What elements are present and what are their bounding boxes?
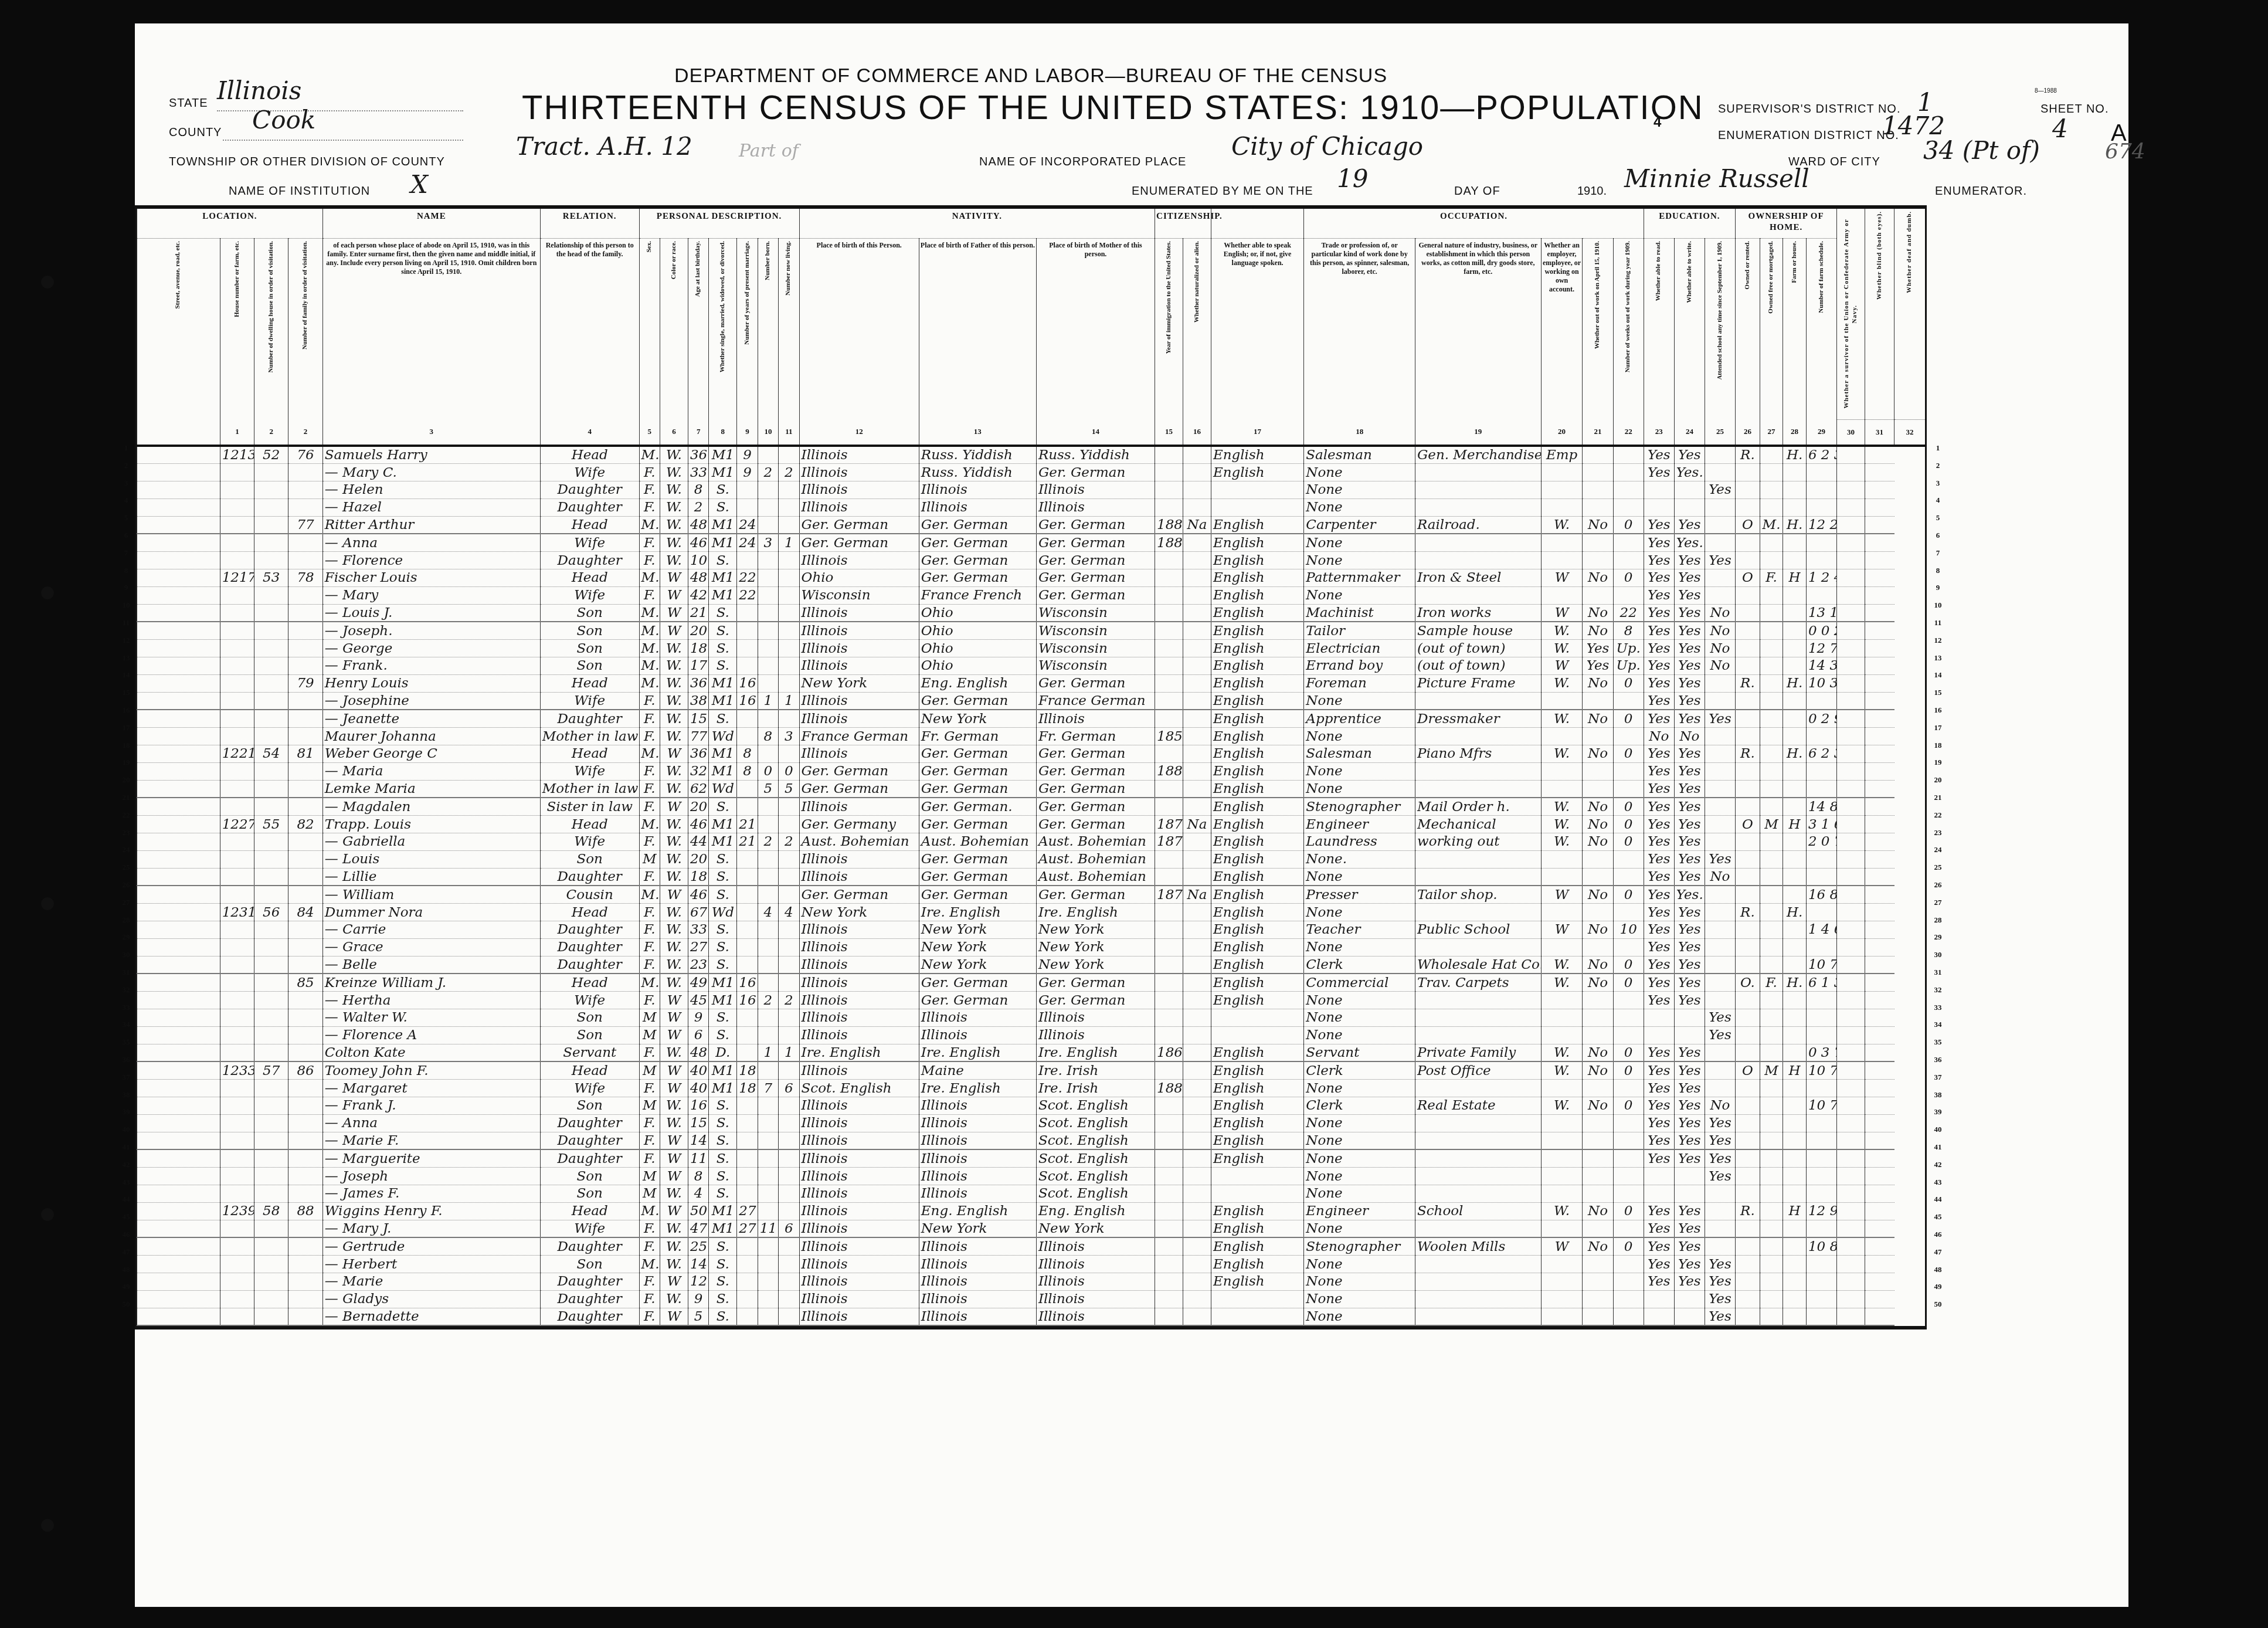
family-number-cell	[288, 481, 322, 499]
sex-cell: F.	[639, 710, 660, 727]
dwelling-number-cell: 55	[254, 816, 288, 833]
table-row: 79Henry LouisHeadM.W.36M116New YorkEng. …	[137, 674, 1926, 692]
deaf-cell	[1865, 1114, 1894, 1132]
relation-cell: Daughter	[540, 868, 639, 886]
dwelling-number-cell	[254, 622, 288, 639]
sex-cell: M	[639, 1061, 660, 1079]
header-deaf: Whether deaf and dumb.	[1894, 209, 1925, 419]
free-mortgaged-cell	[1760, 1185, 1783, 1202]
free-mortgaged-cell: M	[1760, 1061, 1783, 1079]
blind-cell	[1837, 1256, 1865, 1273]
out-of-work-cell	[1583, 446, 1613, 464]
blind-cell	[1837, 850, 1865, 868]
punch-hole	[41, 897, 54, 910]
marital-cell: S.	[709, 657, 737, 675]
birthplace-cell: Illinois	[799, 710, 919, 727]
family-number-cell	[288, 780, 322, 798]
deaf-cell	[1865, 586, 1894, 604]
relation-cell: Daughter	[540, 481, 639, 499]
birthplace-cell: Ger. German	[799, 534, 919, 551]
header-marital: Whether single, married, widowed, or div…	[709, 239, 737, 420]
schedule-code-cell	[1806, 552, 1836, 569]
naturalized-cell	[1183, 956, 1211, 974]
race-cell: W	[660, 1202, 688, 1220]
read-cell: Yes	[1644, 516, 1674, 534]
race-cell: W.	[660, 552, 688, 569]
sex-cell: M	[639, 850, 660, 868]
industry-cell	[1415, 992, 1541, 1009]
birthplace-cell: Illinois	[799, 868, 919, 886]
industry-cell: Piano Mfrs	[1415, 745, 1541, 763]
header-family-no: Number of family in order of visitation.	[288, 239, 322, 420]
line-number: 41	[117, 1142, 135, 1152]
blind-cell	[1837, 1168, 1865, 1185]
schedule-code-cell	[1806, 1290, 1836, 1308]
blind-cell	[1837, 446, 1865, 464]
years-married-cell	[737, 1237, 758, 1255]
dwelling-number-cell	[254, 1185, 288, 1202]
line-number: 26	[117, 880, 135, 890]
relation-cell: Head	[540, 904, 639, 921]
family-number-cell	[288, 604, 322, 622]
dwelling-number-cell	[254, 534, 288, 551]
dwelling-number-cell	[254, 850, 288, 868]
line-number: 44	[117, 1195, 135, 1204]
sex-cell: F.	[639, 534, 660, 551]
mother-birthplace-cell: Ire. Irish	[1036, 1061, 1155, 1079]
mother-birthplace-cell: Scot. English	[1036, 1185, 1155, 1202]
schedule-code-cell: 1 2 4 0	[1806, 569, 1836, 587]
children-living-cell	[779, 816, 799, 833]
schedule-code-cell	[1806, 1185, 1836, 1202]
father-birthplace-cell: Ire. English	[919, 904, 1036, 921]
name-cell: Toomey John F.	[322, 1061, 540, 1079]
weeks-out-cell: 0	[1613, 1202, 1644, 1220]
write-cell: Yes	[1674, 1220, 1705, 1237]
children-born-cell	[758, 1132, 778, 1149]
years-married-cell	[737, 886, 758, 903]
children-born-cell: 1	[758, 692, 778, 710]
out-of-work-cell: No	[1583, 1202, 1613, 1220]
name-cell: Fischer Louis	[322, 569, 540, 587]
birthplace-cell: Illinois	[799, 1009, 919, 1027]
schedule-code-cell	[1806, 498, 1836, 516]
children-living-cell	[779, 868, 799, 886]
employer-cell	[1541, 1256, 1583, 1273]
naturalized-cell	[1183, 833, 1211, 851]
header-weeks-out: Number of weeks out of work during year …	[1613, 239, 1644, 420]
trade-cell: None	[1304, 552, 1415, 569]
mother-birthplace-cell: Scot. English	[1036, 1132, 1155, 1149]
table-row: — BernadetteDaughterF.W5S.IllinoisIllino…	[137, 1308, 1926, 1325]
dwelling-number-cell	[254, 1026, 288, 1044]
mother-birthplace-cell: Illinois	[1036, 1273, 1155, 1290]
dwelling-number-cell	[254, 762, 288, 780]
immigration-year-cell	[1155, 1273, 1183, 1290]
farm-house-cell	[1783, 622, 1807, 639]
children-born-cell	[758, 481, 778, 499]
dwelling-number-cell	[254, 692, 288, 710]
deaf-cell	[1865, 1290, 1894, 1308]
schedule-code-cell	[1806, 868, 1836, 886]
children-living-cell	[779, 921, 799, 939]
free-mortgaged-cell	[1760, 1026, 1783, 1044]
blind-cell	[1837, 692, 1865, 710]
punch-hole	[41, 1519, 54, 1532]
street-cell	[137, 938, 220, 956]
table-row: — FlorenceDaughterF.W.10S.IllinoisGer. G…	[137, 552, 1926, 569]
employer-cell: W	[1541, 569, 1583, 587]
free-mortgaged-cell	[1760, 798, 1783, 815]
immigration-year-cell	[1155, 622, 1183, 639]
industry-cell: (out of town)	[1415, 657, 1541, 675]
industry-cell	[1415, 1256, 1541, 1273]
marital-cell: Wd	[709, 780, 737, 798]
line-number: 50	[1929, 1300, 1947, 1309]
blind-cell	[1837, 1185, 1865, 1202]
age-cell: 36	[688, 745, 708, 763]
trade-cell: Clerk	[1304, 1097, 1415, 1114]
name-cell: Lemke Maria	[322, 780, 540, 798]
weeks-out-cell	[1613, 464, 1644, 481]
children-living-cell: 6	[779, 1080, 799, 1097]
schedule-code-cell	[1806, 1080, 1836, 1097]
dwelling-number-cell	[254, 833, 288, 851]
owned-rented-cell	[1736, 657, 1760, 675]
street-cell	[137, 552, 220, 569]
years-married-cell: 24	[737, 534, 758, 551]
children-born-cell	[758, 1308, 778, 1325]
language-cell: English	[1211, 833, 1303, 851]
age-cell: 23	[688, 956, 708, 974]
race-cell: W.	[660, 728, 688, 745]
line-number: 8	[117, 566, 135, 575]
language-cell: English	[1211, 569, 1303, 587]
schedule-code-cell	[1806, 904, 1836, 921]
mother-birthplace-cell: France German	[1036, 692, 1155, 710]
age-cell: 17	[688, 657, 708, 675]
line-number: 1	[117, 443, 135, 453]
sex-cell: F.	[639, 762, 660, 780]
line-number: 18	[1929, 741, 1947, 750]
language-cell: English	[1211, 1220, 1303, 1237]
write-cell: Yes	[1674, 1044, 1705, 1061]
line-number: 29	[117, 932, 135, 942]
children-living-cell	[779, 745, 799, 763]
family-number-cell	[288, 692, 322, 710]
census-table: LOCATION. NAME RELATION. PERSONAL DESCRI…	[135, 205, 1927, 1329]
deaf-cell	[1865, 1256, 1894, 1273]
department-title: DEPARTMENT OF COMMERCE AND LABOR—BUREAU …	[674, 65, 1387, 87]
header-street: Street, avenue, road, etc.	[137, 239, 220, 420]
birthplace-cell: Illinois	[799, 481, 919, 499]
mother-birthplace-cell: Ire. Irish	[1036, 1080, 1155, 1097]
deaf-cell	[1865, 569, 1894, 587]
years-married-cell: 21	[737, 816, 758, 833]
race-cell: W.	[660, 833, 688, 851]
deaf-cell	[1865, 921, 1894, 939]
name-cell: — Bernadette	[322, 1308, 540, 1325]
read-cell: Yes	[1644, 464, 1674, 481]
free-mortgaged-cell	[1760, 992, 1783, 1009]
school-cell: Yes	[1705, 1132, 1735, 1149]
owned-rented-cell	[1736, 798, 1760, 815]
table-row: — CarrieDaughterF.W.33S.IllinoisNew York…	[137, 921, 1926, 939]
employer-cell	[1541, 1132, 1583, 1149]
header-veteran: Whether a survivor of the Union or Confe…	[1837, 209, 1865, 419]
table-row: — BelleDaughterF.W.23S.IllinoisNew YorkN…	[137, 956, 1926, 974]
dwelling-number-cell	[254, 1097, 288, 1114]
father-birthplace-cell: Ger. German	[919, 886, 1036, 903]
street-cell	[137, 1080, 220, 1097]
out-of-work-cell	[1583, 1185, 1613, 1202]
free-mortgaged-cell	[1760, 1308, 1783, 1325]
line-number: 43	[1929, 1178, 1947, 1187]
read-cell: Yes	[1644, 1149, 1674, 1167]
family-number-cell	[288, 956, 322, 974]
children-born-cell	[758, 1009, 778, 1027]
school-cell: Yes	[1705, 1149, 1735, 1167]
school-cell	[1705, 1185, 1735, 1202]
line-number: 17	[117, 723, 135, 732]
family-number-cell	[288, 622, 322, 639]
race-cell: W.	[660, 481, 688, 499]
street-cell	[137, 1132, 220, 1149]
schedule-code-cell	[1806, 481, 1836, 499]
house-number-cell	[220, 886, 254, 903]
street-cell	[137, 1114, 220, 1132]
immigration-year-cell	[1155, 498, 1183, 516]
relation-cell: Daughter	[540, 710, 639, 727]
house-number-cell: 1233	[220, 1061, 254, 1079]
line-number: 42	[1929, 1160, 1947, 1169]
years-married-cell	[737, 1026, 758, 1044]
mother-birthplace-cell: Illinois	[1036, 498, 1155, 516]
county-line	[223, 140, 463, 141]
deaf-cell	[1865, 833, 1894, 851]
birthplace-cell: Illinois	[799, 1202, 919, 1220]
language-cell: English	[1211, 921, 1303, 939]
trade-cell: Salesman	[1304, 745, 1415, 763]
punch-hole	[41, 276, 54, 289]
out-of-work-cell: No	[1583, 816, 1613, 833]
school-cell: Yes	[1705, 1256, 1735, 1273]
farm-house-cell	[1783, 692, 1807, 710]
weeks-out-cell	[1613, 1273, 1644, 1290]
punch-hole	[41, 1208, 54, 1221]
industry-cell: Woolen Mills	[1415, 1237, 1541, 1255]
employer-cell: W.	[1541, 622, 1583, 639]
owned-rented-cell	[1736, 1185, 1760, 1202]
street-cell	[137, 886, 220, 903]
birthplace-cell: New York	[799, 674, 919, 692]
line-number: 10	[1929, 601, 1947, 610]
birthplace-cell: Illinois	[799, 798, 919, 815]
owned-rented-cell	[1736, 552, 1760, 569]
line-number: 32	[117, 985, 135, 995]
children-born-cell	[758, 1149, 778, 1167]
out-of-work-cell	[1583, 534, 1613, 551]
immigration-year-cell	[1155, 745, 1183, 763]
years-married-cell: 22	[737, 569, 758, 587]
birthplace-cell: Illinois	[799, 1061, 919, 1079]
farm-house-cell: H.	[1783, 674, 1807, 692]
race-cell: W	[660, 569, 688, 587]
sex-cell: F.	[639, 1149, 660, 1167]
sex-cell: F.	[639, 498, 660, 516]
table-row: — MarieDaughterF.W12S.IllinoisIllinoisIl…	[137, 1273, 1926, 1290]
header-age: Age at last birthday.	[688, 239, 708, 420]
school-cell: Yes	[1705, 710, 1735, 727]
blind-cell	[1837, 762, 1865, 780]
race-cell: W.	[660, 1097, 688, 1114]
industry-cell	[1415, 692, 1541, 710]
schedule-code-cell: 10 7 3 X	[1806, 956, 1836, 974]
naturalized-cell	[1183, 1097, 1211, 1114]
schedule-code-cell	[1806, 1026, 1836, 1044]
line-number: 33	[117, 1003, 135, 1012]
race-cell: W.	[660, 868, 688, 886]
years-married-cell	[737, 798, 758, 815]
language-cell: English	[1211, 1132, 1303, 1149]
immigration-year-cell	[1155, 904, 1183, 921]
name-cell: — Mary C.	[322, 464, 540, 481]
family-number-cell: 79	[288, 674, 322, 692]
birthplace-cell: Illinois	[799, 464, 919, 481]
father-birthplace-cell: Illinois	[919, 1168, 1036, 1185]
immigration-year-cell	[1155, 956, 1183, 974]
read-cell: Yes	[1644, 534, 1674, 551]
farm-house-cell	[1783, 604, 1807, 622]
deaf-cell	[1865, 1185, 1894, 1202]
language-cell	[1211, 1009, 1303, 1027]
naturalized-cell	[1183, 798, 1211, 815]
employer-cell: W.	[1541, 640, 1583, 657]
weeks-out-cell	[1613, 1009, 1644, 1027]
blind-cell	[1837, 552, 1865, 569]
employer-cell	[1541, 692, 1583, 710]
street-cell	[137, 868, 220, 886]
naturalized-cell	[1183, 1026, 1211, 1044]
name-cell: — Gladys	[322, 1290, 540, 1308]
relation-cell: Son	[540, 1009, 639, 1027]
line-number: 41	[1929, 1142, 1947, 1152]
sex-cell: M.	[639, 1202, 660, 1220]
line-number: 33	[1929, 1003, 1947, 1012]
marital-cell: S.	[709, 498, 737, 516]
free-mortgaged-cell	[1760, 1009, 1783, 1027]
deaf-cell	[1865, 850, 1894, 868]
owned-rented-cell	[1736, 534, 1760, 551]
weeks-out-cell: 0	[1613, 569, 1644, 587]
industry-cell	[1415, 552, 1541, 569]
house-number-cell	[220, 1168, 254, 1185]
group-occupation: OCCUPATION.	[1304, 209, 1644, 239]
school-cell	[1705, 674, 1735, 692]
employer-cell	[1541, 534, 1583, 551]
naturalized-cell	[1183, 868, 1211, 886]
header-farm-schedule: Number of farm schedule.	[1806, 239, 1836, 420]
mother-birthplace-cell: Scot. English	[1036, 1114, 1155, 1132]
write-cell: Yes	[1674, 868, 1705, 886]
street-cell	[137, 904, 220, 921]
dwelling-number-cell	[254, 780, 288, 798]
read-cell: Yes	[1644, 622, 1674, 639]
relation-cell: Daughter	[540, 552, 639, 569]
dwelling-number-cell	[254, 974, 288, 991]
family-number-cell	[288, 1097, 322, 1114]
mother-birthplace-cell: Scot. English	[1036, 1168, 1155, 1185]
house-number-cell	[220, 710, 254, 727]
trade-cell: Laundress	[1304, 833, 1415, 851]
industry-cell	[1415, 1290, 1541, 1308]
name-cell: — Florence A	[322, 1026, 540, 1044]
language-cell: English	[1211, 1044, 1303, 1061]
free-mortgaged-cell	[1760, 604, 1783, 622]
out-of-work-cell	[1583, 938, 1613, 956]
mother-birthplace-cell: Ger. German	[1036, 780, 1155, 798]
read-cell: Yes	[1644, 921, 1674, 939]
birthplace-cell: Illinois	[799, 1256, 919, 1273]
school-cell	[1705, 1220, 1735, 1237]
family-number-cell	[288, 1149, 322, 1167]
deaf-cell	[1865, 1273, 1894, 1290]
farm-house-cell	[1783, 1290, 1807, 1308]
father-birthplace-cell: Ger. German	[919, 992, 1036, 1009]
schedule-code-cell: 6 1 3 X	[1806, 974, 1836, 991]
immigration-year-cell	[1155, 604, 1183, 622]
weeks-out-cell: 0	[1613, 798, 1644, 815]
industry-cell	[1415, 1185, 1541, 1202]
schedule-code-cell: 0 0 2 2	[1806, 622, 1836, 639]
trade-cell: None	[1304, 464, 1415, 481]
line-number: 27	[1929, 898, 1947, 907]
farm-house-cell	[1783, 1114, 1807, 1132]
line-number: 34	[117, 1020, 135, 1029]
sex-cell: F.	[639, 992, 660, 1009]
farm-house-cell	[1783, 762, 1807, 780]
dwelling-number-cell	[254, 604, 288, 622]
owned-rented-cell: O	[1736, 816, 1760, 833]
table-row: — James F.SonMW.4S.IllinoisIllinoisScot.…	[137, 1185, 1926, 1202]
street-cell	[137, 446, 220, 464]
employer-cell	[1541, 1308, 1583, 1325]
house-number-cell	[220, 1097, 254, 1114]
birthplace-cell: Illinois	[799, 921, 919, 939]
write-cell: Yes.	[1674, 534, 1705, 551]
table-row: — Mary J.WifeF.W.47M127116IllinoisNew Yo…	[137, 1220, 1926, 1237]
line-number: 48	[1929, 1265, 1947, 1274]
farm-house-cell: H.	[1783, 904, 1807, 921]
line-number: 39	[1929, 1107, 1947, 1117]
owned-rented-cell	[1736, 1220, 1760, 1237]
immigration-year-cell	[1155, 569, 1183, 587]
birthplace-cell: Illinois	[799, 1097, 919, 1114]
deaf-cell	[1865, 1009, 1894, 1027]
years-married-cell: 16	[737, 992, 758, 1009]
dwelling-number-cell	[254, 1256, 288, 1273]
sex-cell: F.	[639, 938, 660, 956]
birthplace-cell: Illinois	[799, 745, 919, 763]
marital-cell: S.	[709, 1149, 737, 1167]
father-birthplace-cell: Ger. German	[919, 868, 1036, 886]
naturalized-cell	[1183, 710, 1211, 727]
marital-cell: S.	[709, 921, 737, 939]
free-mortgaged-cell	[1760, 640, 1783, 657]
relation-cell: Son	[540, 1256, 639, 1273]
race-cell: W.	[660, 464, 688, 481]
street-cell	[137, 798, 220, 815]
